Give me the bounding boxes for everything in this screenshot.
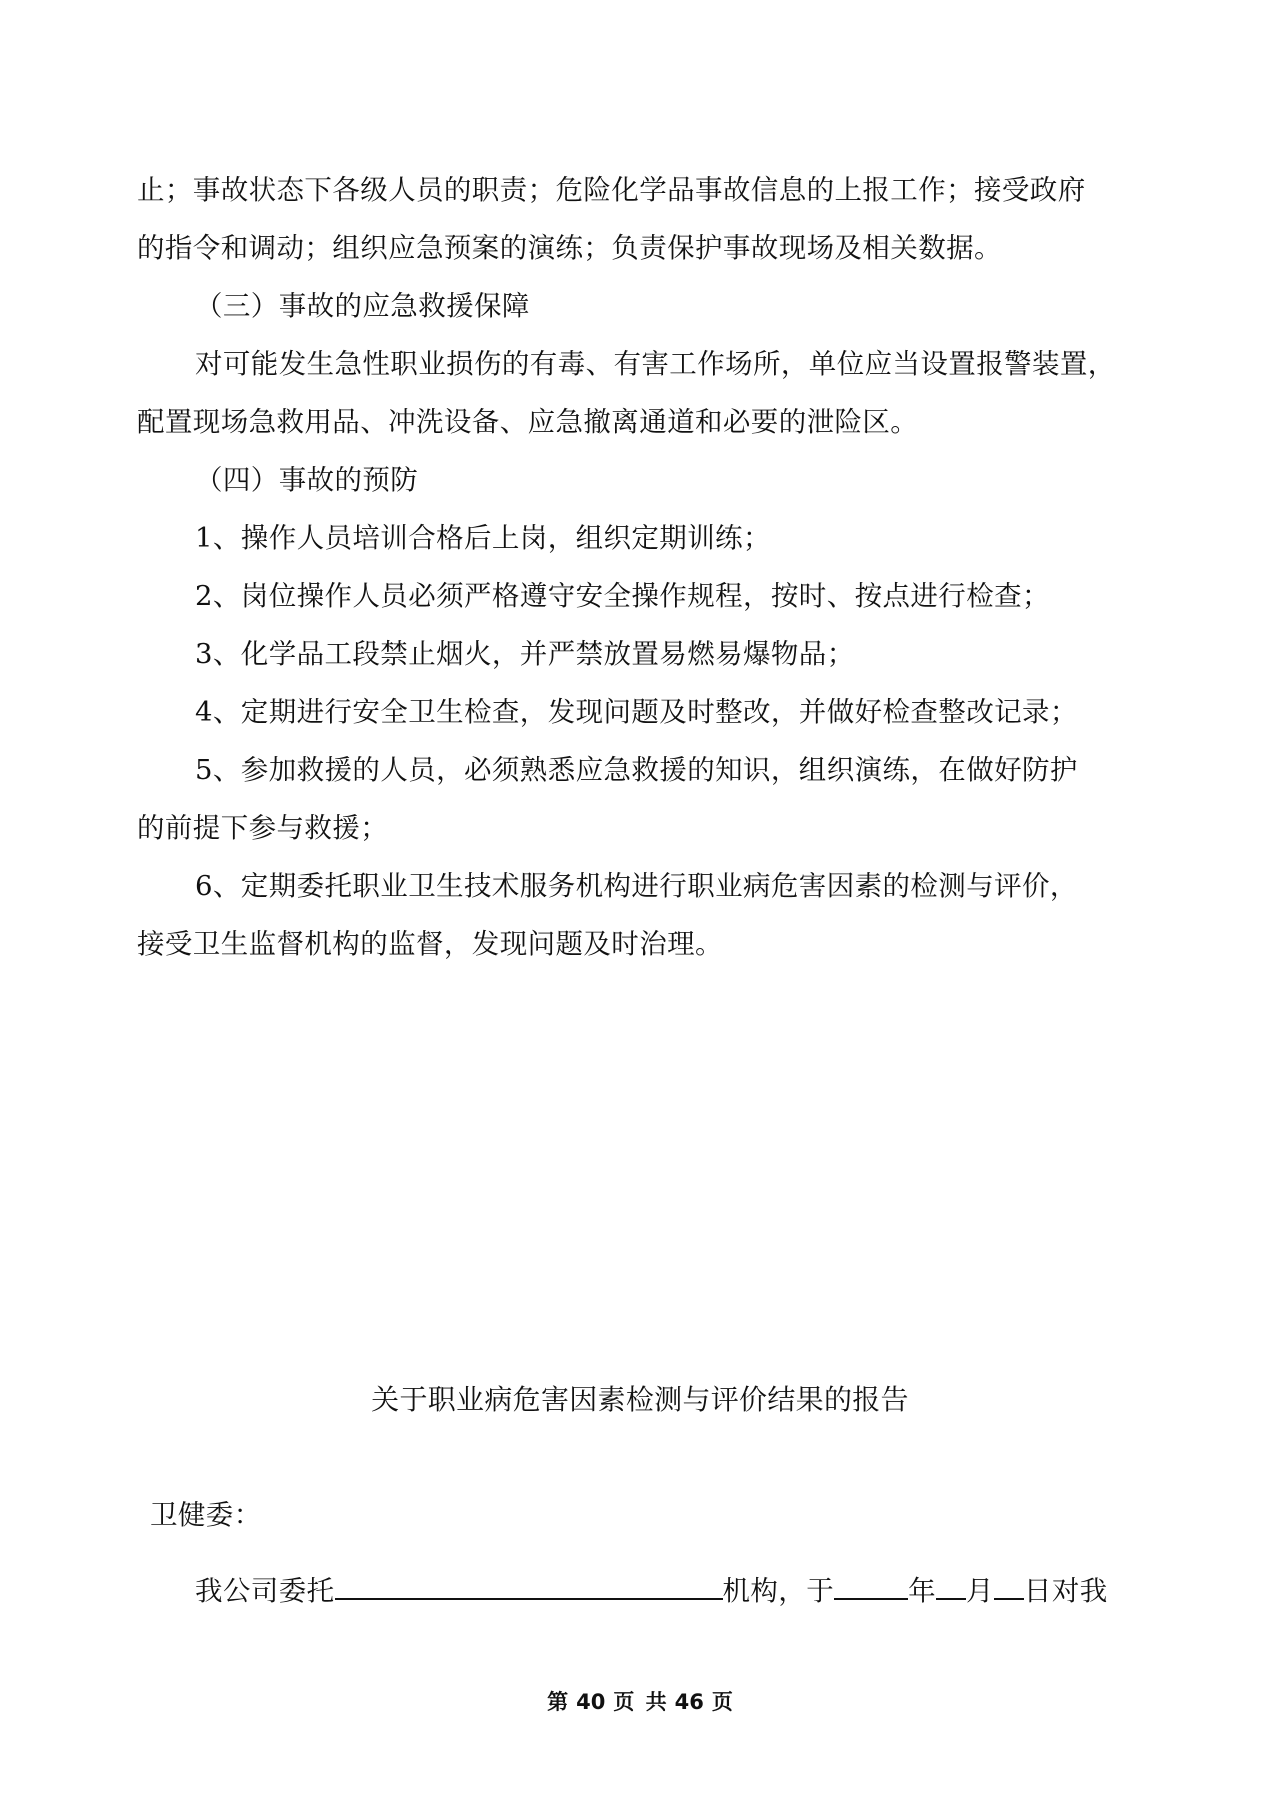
- month-blank[interactable]: [936, 1572, 966, 1600]
- paragraph-continuation-line-1: 止；事故状态下各级人员的职责；危险化学品事故信息的上报工作；接受政府: [137, 172, 1147, 208]
- month-label: 月: [966, 1575, 994, 1607]
- day-blank[interactable]: [994, 1572, 1024, 1600]
- agency-name-blank[interactable]: [335, 1572, 723, 1600]
- paragraph-emergency-support-line-1: 对可能发生急性职业损伤的有毒、有害工作场所，单位应当设置报警装置，: [195, 346, 1147, 382]
- section-heading-emergency-support: （三）事故的应急救援保障: [195, 288, 1205, 324]
- prevention-item-4: 4、定期进行安全卫生检查，发现问题及时整改，并做好检查整改记录；: [195, 694, 1147, 730]
- prevention-item-1: 1、操作人员培训合格后上岗，组织定期训练；: [195, 520, 1147, 556]
- day-label: 日对我: [1024, 1575, 1108, 1607]
- total-pages-number: 46: [675, 1690, 704, 1714]
- prevention-item-2: 2、岗位操作人员必须严格遵守安全操作规程，按时、按点进行检查；: [195, 578, 1147, 614]
- footer-suffix: 页: [712, 1690, 733, 1714]
- paragraph-emergency-support-line-2: 配置现场急救用品、冲洗设备、应急撤离通道和必要的泄险区。: [137, 404, 1147, 440]
- report-title: 关于职业病危害因素检测与评价结果的报告: [0, 1380, 1280, 1420]
- form-after-agency: 机构，于: [723, 1575, 835, 1607]
- form-prefix: 我公司委托: [195, 1575, 335, 1607]
- prevention-item-5-line-1: 5、参加救援的人员，必须熟悉应急救援的知识，组织演练，在做好防护: [195, 752, 1147, 788]
- year-label: 年: [908, 1575, 936, 1607]
- paragraph-continuation-line-2: 的指令和调动；组织应急预案的演练；负责保护事故现场及相关数据。: [137, 230, 1147, 266]
- page-footer: 第40页 共46页: [0, 1687, 1280, 1717]
- prevention-item-6-line-1: 6、定期委托职业卫生技术服务机构进行职业病危害因素的检测与评价，: [195, 868, 1147, 904]
- section-heading-prevention: （四）事故的预防: [195, 462, 1205, 498]
- current-page-number: 40: [576, 1690, 605, 1714]
- prevention-item-6-line-2: 接受卫生监督机构的监督，发现问题及时治理。: [137, 926, 1147, 962]
- report-addressee: 卫健委：: [150, 1497, 1160, 1533]
- document-page: 止；事故状态下各级人员的职责；危险化学品事故信息的上报工作；接受政府 的指令和调…: [0, 0, 1280, 1810]
- prevention-item-3: 3、化学品工段禁止烟火，并严禁放置易燃易爆物品；: [195, 636, 1147, 672]
- report-form-line: 我公司委托机构，于年月日对我: [195, 1572, 1147, 1609]
- prevention-item-5-line-2: 的前提下参与救援；: [137, 810, 1147, 846]
- footer-middle: 页 共: [613, 1690, 666, 1714]
- year-blank[interactable]: [834, 1572, 908, 1600]
- footer-prefix: 第: [547, 1690, 568, 1714]
